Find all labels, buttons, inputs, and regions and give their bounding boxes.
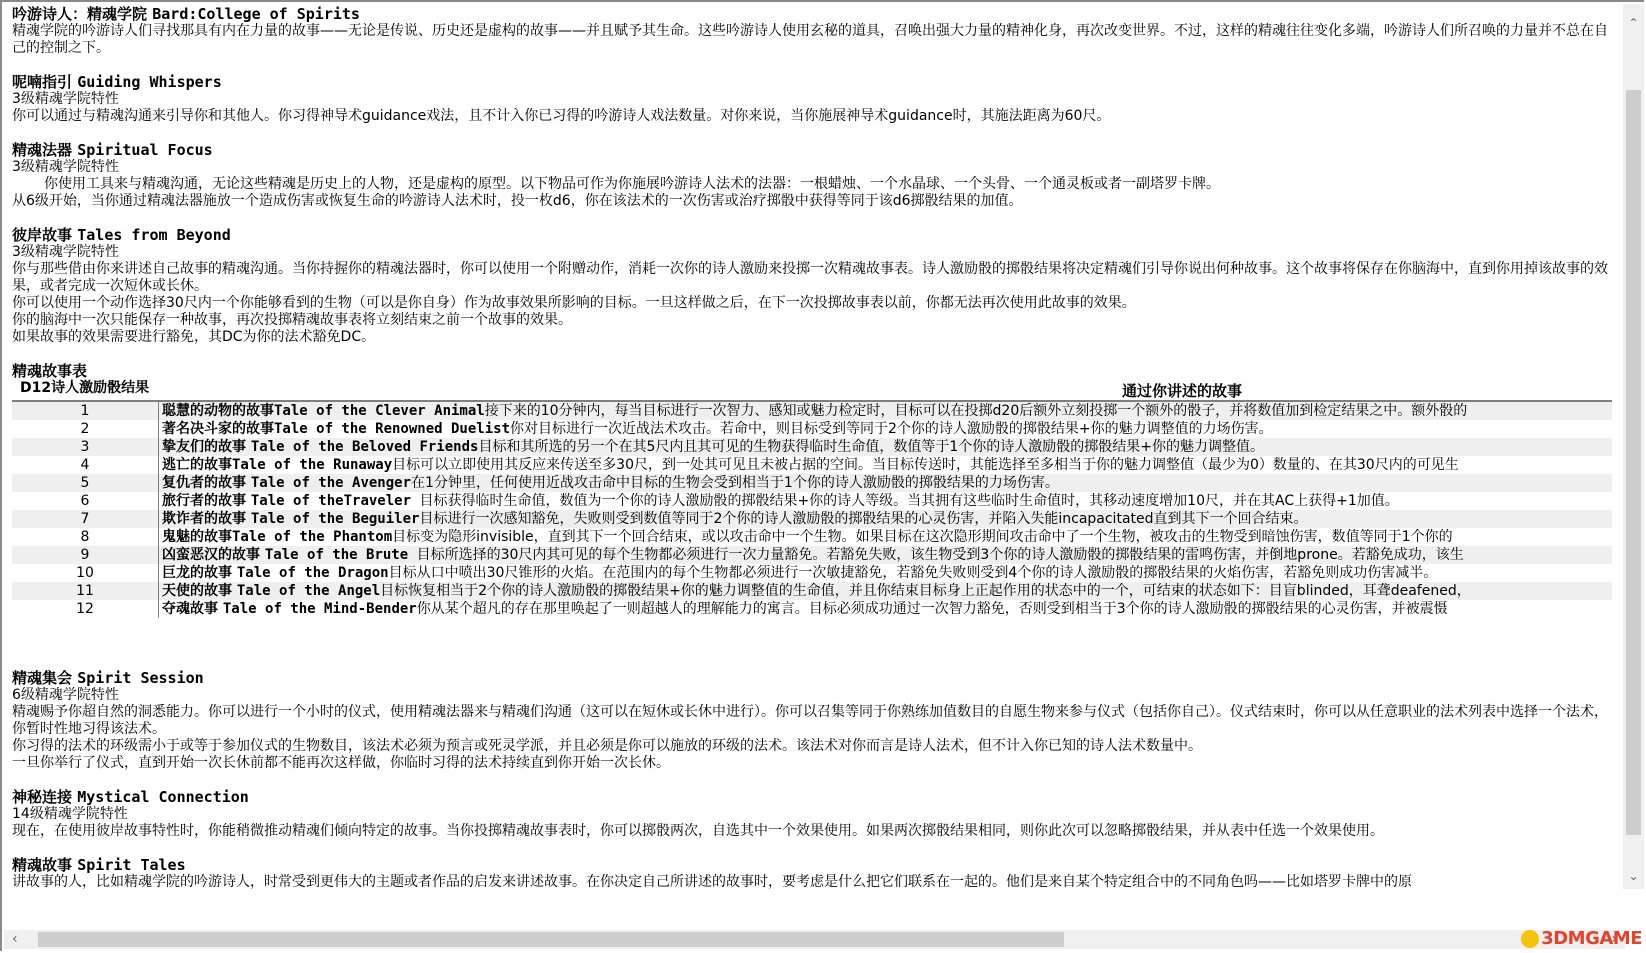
paragraph: 你与那些借由你来讲述自己故事的精魂沟通。当你持握你的精魂法器时，你可以使用一个附…: [12, 261, 1615, 295]
story-cell: 挚友们的故事 Tale of the Beloved Friends目标和其所选…: [158, 438, 1612, 456]
paragraph: 你的脑海中一次只能保存一种故事，再次投掷精魂故事表将立刻结束之前一个故事的效果。: [12, 312, 1612, 329]
feature-level: 3级精魂学院特性: [12, 91, 1612, 108]
story-name-zh: 巨龙的故事: [162, 565, 237, 581]
section-heading-spirit-tales: 精魂故事 Spirit Tales: [12, 857, 1612, 874]
title-zh: 吟游诗人：精魂学院: [12, 5, 147, 23]
section-heading-mystical-connection: 神秘连接 Mystical Connection: [12, 789, 1612, 806]
table-row: 2著名决斗家的故事Tale of the Renowned Duelist你对目…: [12, 420, 1612, 438]
table-row: 3挚友们的故事 Tale of the Beloved Friends目标和其所…: [12, 438, 1612, 456]
story-name-en: Tale of the Angel: [237, 583, 380, 599]
story-cell: 巨龙的故事 Tale of the Dragon目标从口中喷出30尺锥形的火焰。…: [158, 564, 1612, 582]
scroll-left-icon[interactable]: ‹: [12, 930, 18, 949]
roll-value: 11: [12, 582, 158, 600]
horizontal-scroll-thumb[interactable]: [38, 932, 1064, 947]
paragraph: 精魂赐予你超自然的洞悉能力。你可以进行一个小时的仪式，使用精魂法器来与精魂们沟通…: [12, 704, 1615, 738]
story-effect: 目标和其所选的另一个在其5尺内且其可见的生物获得临时生命值，数值等于1个你的诗人…: [478, 439, 1264, 455]
watermark-text: 3DMGAME: [1541, 928, 1642, 949]
paragraph: 你使用工具来与精魂沟通，无论这些精魂是历史上的人物，还是虚构的原型。以下物品可作…: [12, 176, 1612, 193]
story-cell: 逃亡的故事Tale of the Runaway目标可以立即使用其反应来传送至多…: [158, 456, 1612, 474]
title-en: Bard:College of Spirits: [152, 5, 360, 23]
paragraph: 从6级开始，当你通过精魂法器施放一个造成伤害或恢复生命的吟游诗人法术时，投一枚d…: [12, 193, 1612, 210]
story-name-en: Tale of the Phantom: [232, 529, 392, 545]
story-cell: 欺诈者的故事 Tale of the Beguiler目标进行一次感知豁免，失败…: [158, 510, 1612, 528]
story-effect: 在1分钟里，任何使用近战攻击命中目标的生物会受到相当于1个你的诗人激励骰的掷骰结…: [411, 475, 1059, 491]
feature-level: 6级精魂学院特性: [12, 687, 1612, 704]
heading-en: Mystical Connection: [77, 788, 249, 806]
horizontal-scrollbar[interactable]: ‹ ›: [4, 930, 1625, 949]
table-row: 5复仇者的故事 Tale of the Avenger在1分钟里，任何使用近战攻…: [12, 474, 1612, 492]
story-effect: 你从某个超凡的存在那里唤起了一则超越人的理解能力的寓言。目标必须成功通过一次智力…: [417, 601, 1448, 617]
story-cell: 夺魂故事 Tale of the Mind-Bender你从某个超凡的存在那里唤…: [158, 600, 1612, 618]
table-row: 4逃亡的故事Tale of the Runaway目标可以立即使用其反应来传送至…: [12, 456, 1612, 474]
spirit-tales-table: 1聪慧的动物的故事Tale of the Clever Animal接下来的10…: [12, 400, 1612, 618]
story-name-zh: 天使的故事: [162, 583, 237, 599]
roll-value: 6: [12, 492, 158, 510]
story-cell: 聪慧的动物的故事Tale of the Clever Animal接下来的10分…: [158, 402, 1612, 420]
story-name-zh: 著名决斗家的故事: [162, 421, 274, 437]
table-header: D12诗人激励骰结果 通过你讲述的故事: [12, 380, 1612, 397]
document-content: 吟游诗人：精魂学院 Bard:College of Spirits 精魂学院的吟…: [12, 6, 1612, 891]
feature-level: 14级精魂学院特性: [12, 806, 1612, 823]
table-title: 精魂故事表: [12, 363, 1612, 380]
table-row: 12夺魂故事 Tale of the Mind-Bender你从某个超凡的存在那…: [12, 600, 1612, 618]
roll-value: 5: [12, 474, 158, 492]
table-row: 10巨龙的故事 Tale of the Dragon目标从口中喷出30尺锥形的火…: [12, 564, 1612, 582]
table-row: 6旅行者的故事 Tale of theTraveler 目标获得临时生命值，数值…: [12, 492, 1612, 510]
heading-en: Spiritual Focus: [77, 141, 212, 159]
story-name-zh: 逃亡的故事: [162, 457, 232, 473]
story-name-en: Tale of theTraveler: [251, 493, 420, 509]
heading-en: Guiding Whispers: [77, 73, 222, 91]
story-name-en: Tale of the Runaway: [232, 457, 392, 473]
roll-value: 12: [12, 600, 158, 618]
story-name-en: Tale of the Mind-Bender: [223, 601, 417, 617]
paragraph: 现在，在使用彼岸故事特性时，你能稍微推动精魂们倾向特定的故事。当你投掷精魂故事表…: [12, 823, 1612, 840]
paragraph: 你可以通过与精魂沟通来引导你和其他人。你习得神导术guidance戏法，且不计入…: [12, 108, 1612, 125]
heading-zh: 精魂集会: [12, 669, 72, 687]
story-effect: 你对目标进行一次近战法术攻击。若命中，则目标受到等同于2个你的诗人激励骰的掷骰结…: [510, 421, 1273, 437]
story-name-zh: 挚友们的故事: [162, 439, 251, 455]
heading-en: Spirit Session: [77, 669, 203, 687]
roll-value: 9: [12, 546, 158, 564]
roll-value: 4: [12, 456, 158, 474]
story-name-zh: 凶蛮恶汉的故事: [162, 547, 265, 563]
story-effect: 目标可以立即使用其反应来传送至多30尺，到一处其可见且未被占据的空间。当目标传送…: [392, 457, 1459, 473]
heading-zh: 精魂法器: [12, 141, 72, 159]
roll-value: 2: [12, 420, 158, 438]
section-heading-guiding-whispers: 呢喃指引 Guiding Whispers: [12, 74, 1612, 91]
story-effect: 接下来的10分钟内，每当目标进行一次智力、感知或魅力检定时，目标可以在投掷d20…: [485, 403, 1468, 419]
watermark-logo: 3DMGAME: [1521, 928, 1642, 949]
roll-value: 7: [12, 510, 158, 528]
story-name-zh: 欺诈者的故事: [162, 511, 251, 527]
story-cell: 复仇者的故事 Tale of the Avenger在1分钟里，任何使用近战攻击…: [158, 474, 1612, 492]
table-row: 8鬼魅的故事Tale of the Phantom目标变为隐形invisible…: [12, 528, 1612, 546]
paragraph: 讲故事的人，比如精魂学院的吟游诗人，时常受到更伟大的主题或者作品的启发来讲述故事…: [12, 874, 1612, 891]
story-name-zh: 夺魂故事: [162, 601, 223, 617]
vertical-scroll-thumb[interactable]: [1626, 90, 1641, 835]
story-name-zh: 聪慧的动物的故事: [162, 403, 274, 419]
table-row: 7欺诈者的故事 Tale of the Beguiler目标进行一次感知豁免，失…: [12, 510, 1612, 528]
vertical-scrollbar[interactable]: ⌃ ⌄: [1623, 4, 1644, 889]
story-name-zh: 复仇者的故事: [162, 475, 251, 491]
story-cell: 天使的故事 Tale of the Angel目标恢复相当于2个你的诗人激励骰的…: [158, 582, 1612, 600]
section-heading-tales-from-beyond: 彼岸故事 Tales from Beyond: [12, 227, 1612, 244]
table-row: 1聪慧的动物的故事Tale of the Clever Animal接下来的10…: [12, 402, 1612, 420]
paragraph: 一旦你举行了仪式，直到开始一次长休前都不能再次这样做，你临时习得的法术持续直到你…: [12, 755, 1612, 772]
story-name-en: Tale of the Renowned Duelist: [274, 421, 510, 437]
document-window: 吟游诗人：精魂学院 Bard:College of Spirits 精魂学院的吟…: [0, 0, 1644, 951]
story-name-en: Tale of the Brute: [265, 547, 417, 563]
column-header-roll: D12诗人激励骰结果: [20, 380, 149, 397]
story-name-en: Tale of the Avenger: [251, 475, 411, 491]
heading-zh: 神秘连接: [12, 788, 72, 806]
table-row: 9凶蛮恶汉的故事 Tale of the Brute 目标所选择的30尺内其可见…: [12, 546, 1612, 564]
story-effect: 目标所选择的30尺内其可见的每个生物都必须进行一次力量豁免。若豁免失败，该生物受…: [417, 547, 1464, 563]
story-effect: 目标恢复相当于2个你的诗人激励骰的掷骰结果+你的魅力调整值的生命值，并且你结束目…: [380, 583, 1471, 599]
paragraph: 如果故事的效果需要进行豁免，其DC为你的法术豁免DC。: [12, 329, 1612, 346]
roll-value: 1: [12, 402, 158, 420]
roll-value: 8: [12, 528, 158, 546]
heading-zh: 精魂故事: [12, 856, 72, 874]
story-effect: 目标从口中喷出30尺锥形的火焰。在范围内的每个生物都必须进行一次敏捷豁免，若豁免…: [389, 565, 1438, 581]
story-name-zh: 旅行者的故事: [162, 493, 251, 509]
story-effect: 目标进行一次感知豁免，失败则受到数值等同于2个你的诗人激励骰的掷骰结果的心灵伤害…: [419, 511, 1307, 527]
story-cell: 鬼魅的故事Tale of the Phantom目标变为隐形invisible，…: [158, 528, 1612, 546]
story-name-zh: 鬼魅的故事: [162, 529, 232, 545]
story-name-en: Tale of the Dragon: [237, 565, 389, 581]
story-cell: 著名决斗家的故事Tale of the Renowned Duelist你对目标…: [158, 420, 1612, 438]
intro-paragraph: 精魂学院的吟游诗人们寻找那具有内在力量的故事——无论是传说、历史还是虚构的故事—…: [12, 23, 1615, 57]
mascot-icon: [1521, 930, 1539, 948]
story-cell: 凶蛮恶汉的故事 Tale of the Brute 目标所选择的30尺内其可见的…: [158, 546, 1612, 564]
story-name-en: Tale of the Clever Animal: [274, 403, 485, 419]
column-header-story: 通过你讲述的故事: [1122, 383, 1242, 400]
heading-en: Spirit Tales: [77, 856, 185, 874]
roll-value: 10: [12, 564, 158, 582]
section-heading-spiritual-focus: 精魂法器 Spiritual Focus: [12, 142, 1612, 159]
scroll-up-icon[interactable]: ⌃: [1623, 16, 1644, 30]
page-title: 吟游诗人：精魂学院 Bard:College of Spirits: [12, 6, 1612, 23]
table-row: 11天使的故事 Tale of the Angel目标恢复相当于2个你的诗人激励…: [12, 582, 1612, 600]
roll-value: 3: [12, 438, 158, 456]
story-effect: 目标获得临时生命值，数值为一个你的诗人激励骰的掷骰结果+你的诗人等级。当其拥有这…: [419, 493, 1398, 509]
paragraph: 你可以使用一个动作选择30尺内一个你能够看到的生物（可以是你自身）作为故事效果所…: [12, 295, 1612, 312]
story-cell: 旅行者的故事 Tale of theTraveler 目标获得临时生命值，数值为…: [158, 492, 1612, 510]
scroll-down-icon[interactable]: ⌄: [1623, 869, 1644, 883]
feature-level: 3级精魂学院特性: [12, 159, 1612, 176]
heading-zh: 呢喃指引: [12, 73, 72, 91]
heading-en: Tales from Beyond: [77, 226, 231, 244]
story-name-en: Tale of the Beguiler: [251, 511, 420, 527]
feature-level: 3级精魂学院特性: [12, 244, 1612, 261]
story-effect: 目标变为隐形invisible，直到其下一个回合结束，或以攻击命中一个生物。如果…: [392, 529, 1452, 545]
paragraph: 你习得的法术的环级需小于或等于参加仪式的生物数目，该法术必须为预言或死灵学派，并…: [12, 738, 1612, 755]
heading-zh: 彼岸故事: [12, 226, 72, 244]
section-heading-spirit-session: 精魂集会 Spirit Session: [12, 670, 1612, 687]
story-name-en: Tale of the Beloved Friends: [251, 439, 479, 455]
